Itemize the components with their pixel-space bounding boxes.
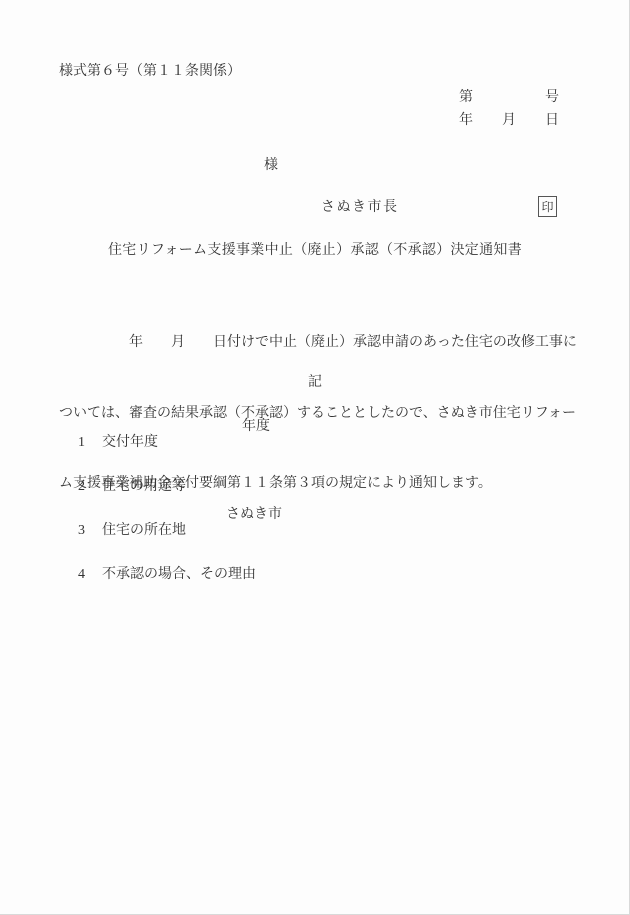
form-number: 様式第６号（第１１条関係）	[59, 64, 241, 80]
document-number-line: 第 号	[459, 90, 559, 106]
sender-name: さぬき市長	[321, 200, 399, 216]
item-value: 年度	[242, 419, 270, 435]
date-month-label: 月	[502, 113, 516, 129]
doc-number-suffix: 号	[545, 90, 559, 106]
date-year-label: 年	[459, 113, 473, 129]
date-day-label: 日	[545, 113, 559, 129]
document-page: 様式第６号（第１１条関係） 第 号 年 月 日 様 さぬき市長 印 住宅リフォー…	[0, 0, 630, 915]
date-line: 年 月 日	[459, 113, 559, 129]
item-number: 2	[78, 479, 102, 495]
seal-box: 印	[538, 196, 557, 217]
item-number: 3	[78, 523, 102, 539]
item-number: 4	[78, 567, 102, 583]
seal-character: 印	[541, 201, 553, 213]
body-line: 年 月 日付けで中止（廃止）承認申請のあった住宅の改修工事に	[59, 331, 584, 355]
addressee-honorific: 様	[264, 158, 278, 174]
list-heading-ki: 記	[0, 375, 630, 391]
list-item-disapproval-reason: 4不承認の場合、その理由	[64, 551, 256, 615]
item-label: 住宅の用途等	[102, 479, 186, 494]
item-label: 不承認の場合、その理由	[102, 567, 256, 582]
item-number: 1	[78, 435, 102, 451]
doc-number-prefix: 第	[459, 90, 473, 106]
item-label: 住宅の所在地	[102, 523, 186, 538]
item-value: さぬき市	[226, 507, 282, 523]
document-title: 住宅リフォーム支援事業中止（廃止）承認（不承認）決定通知書	[0, 243, 630, 259]
item-label: 交付年度	[102, 435, 158, 450]
